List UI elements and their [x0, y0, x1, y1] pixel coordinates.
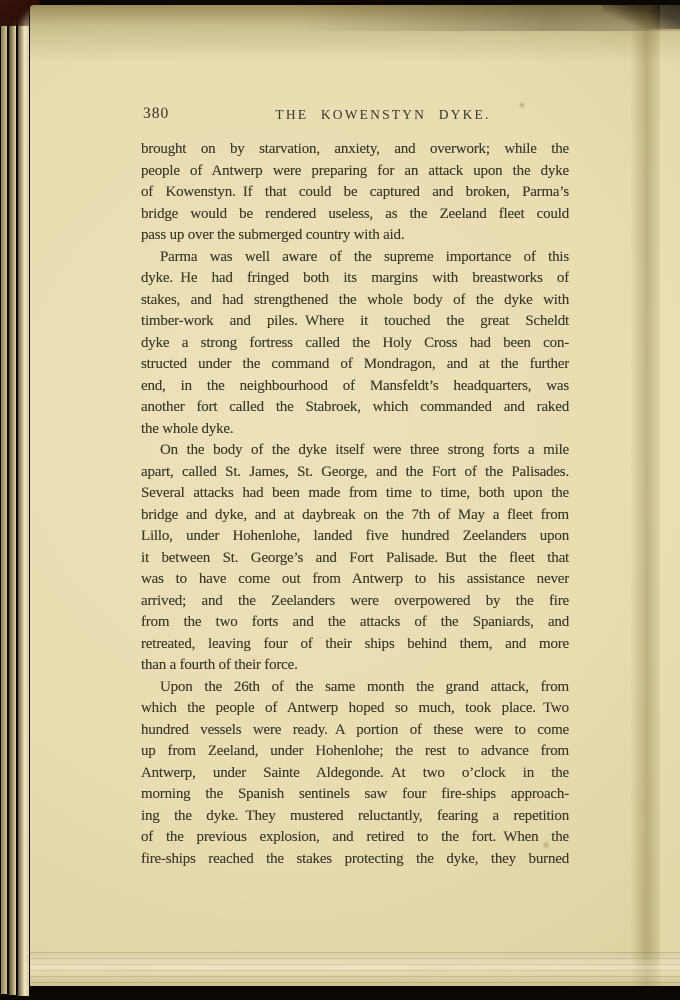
text-line: Antwerp, under Sainte Aldegonde. At two … [141, 763, 569, 785]
text-line: brought on by starvation, anxiety, and o… [141, 139, 569, 161]
text-line: Lillo, under Hohenlohe, landed five hund… [141, 526, 569, 548]
page-edge-3 [18, 5, 29, 996]
text-line: apart, called St. James, St. George, and… [141, 462, 569, 484]
text-line: stakes, and had strengthened the whole b… [141, 290, 569, 312]
text-line: was to have come out from Antwerp to his… [141, 569, 569, 591]
page-number: 380 [143, 105, 169, 123]
paragraph: On the body of the dyke itself were thre… [141, 440, 569, 677]
text-line: hundred vessels were ready. A portion of… [141, 720, 569, 742]
text-line: of Kowenstyn. If that could be captured … [141, 182, 569, 204]
gutter-shadow [630, 5, 660, 986]
text-line: end, in the neighbourhood of Mansfeldt’s… [141, 376, 569, 398]
text-line: which the people of Antwerp hoped so muc… [141, 698, 569, 720]
text-line: On the body of the dyke itself were thre… [141, 440, 569, 462]
text-line: Several attacks had been made from time … [141, 483, 569, 505]
running-header: THE KOWENSTYN DYKE. [169, 107, 597, 123]
page-top-right-shadow [30, 5, 680, 31]
text-line: bridge would be rendered useless, as the… [141, 204, 569, 226]
paragraph: Parma was well aware of the supreme impo… [141, 247, 569, 441]
text-line: of the previous explosion, and retired t… [141, 827, 569, 849]
text-line: fire-ships reached the stakes protecting… [141, 849, 569, 871]
text-line: structed under the command of Mondragon,… [141, 354, 569, 376]
page-curl-highlight [660, 5, 680, 986]
text-line: retreated, leaving four of their ships b… [141, 634, 569, 656]
text-line: dyke a strong fortress called the Holy C… [141, 333, 569, 355]
text-line: the whole dyke. [141, 419, 569, 441]
text-line: bridge and dyke, and at daybreak on the … [141, 505, 569, 527]
text-line: Parma was well aware of the supreme impo… [141, 247, 569, 269]
page-edge-2 [9, 8, 16, 995]
text-line: ing the dyke. They mustered reluctantly,… [141, 806, 569, 828]
text-line: from the two forts and the attacks of th… [141, 612, 569, 634]
text-line: arrived; and the Zeelanders were overpow… [141, 591, 569, 613]
text-line: pass up over the submerged country with … [141, 225, 569, 247]
bottom-page-edges [30, 952, 680, 986]
text-line: morning the Spanish sentinels saw four f… [141, 784, 569, 806]
body-text: brought on by starvation, anxiety, and o… [141, 139, 569, 870]
text-line: it between St. George’s and Fort Palisad… [141, 548, 569, 570]
book-page: 380 THE KOWENSTYN DYKE. brought on by st… [30, 5, 680, 986]
text-line: dyke. He had fringed both its margins wi… [141, 268, 569, 290]
text-line: another fort called the Stabroek, which … [141, 397, 569, 419]
paragraph: brought on by starvation, anxiety, and o… [141, 139, 569, 247]
scanned-book-page: 380 THE KOWENSTYN DYKE. brought on by st… [0, 0, 680, 1000]
paragraph: Upon the 26th of the same month the gran… [141, 677, 569, 871]
text-line: than a fourth of their force. [141, 655, 569, 677]
text-line: Upon the 26th of the same month the gran… [141, 677, 569, 699]
text-line: up from Zeeland, under Hohenlohe; the re… [141, 741, 569, 763]
page-edge-1 [1, 12, 7, 994]
text-line: timber-work and piles. Where it touched … [141, 311, 569, 333]
running-head-row: 380 THE KOWENSTYN DYKE. [141, 105, 569, 123]
text-line: people of Antwerp were preparing for an … [141, 161, 569, 183]
